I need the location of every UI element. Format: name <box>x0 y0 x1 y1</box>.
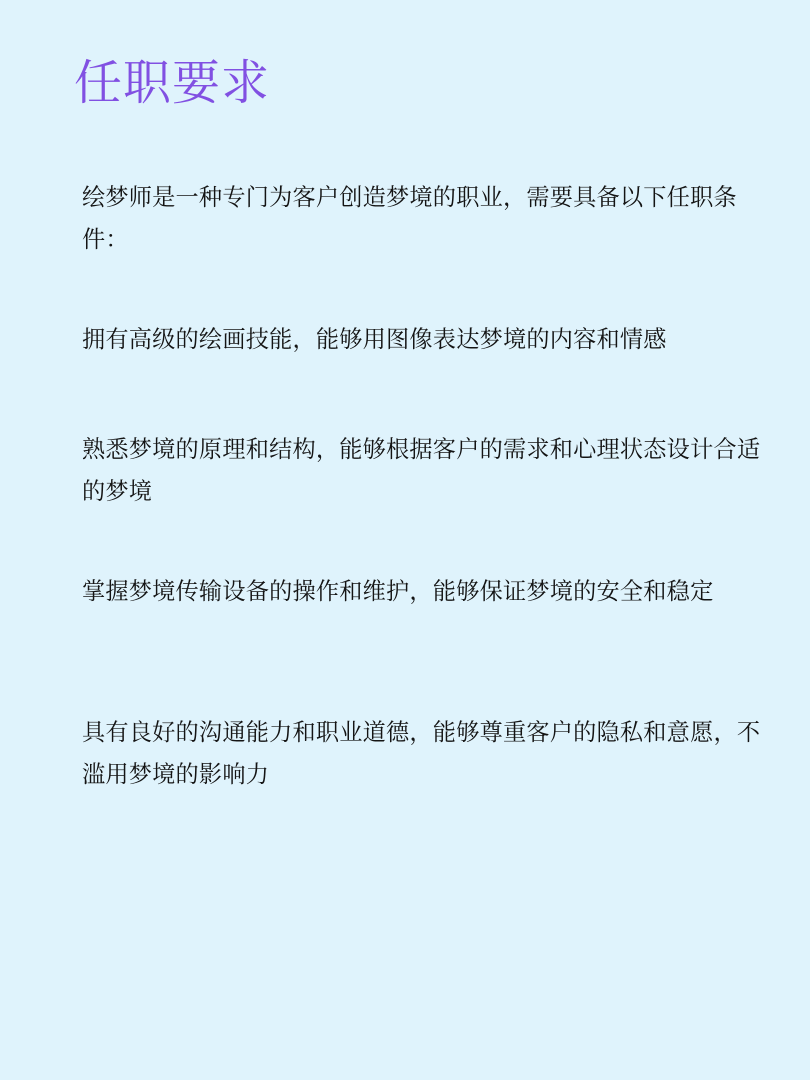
intro-paragraph: 绘梦师是一种专门为客户创造梦境的职业，需要具备以下任职条件： <box>82 177 766 261</box>
requirement-item: 拥有高级的绘画技能，能够用图像表达梦境的内容和情感 <box>82 319 766 361</box>
page-title: 任职要求 <box>74 52 270 114</box>
requirement-item: 掌握梦境传输设备的操作和维护，能够保证梦境的安全和稳定 <box>82 571 766 613</box>
job-requirements-page: 任职要求 绘梦师是一种专门为客户创造梦境的职业，需要具备以下任职条件： 拥有高级… <box>0 0 810 1080</box>
requirement-item: 熟悉梦境的原理和结构，能够根据客户的需求和心理状态设计合适的梦境 <box>82 429 766 513</box>
requirement-item: 具有良好的沟通能力和职业道德，能够尊重客户的隐私和意愿，不滥用梦境的影响力 <box>82 712 766 796</box>
